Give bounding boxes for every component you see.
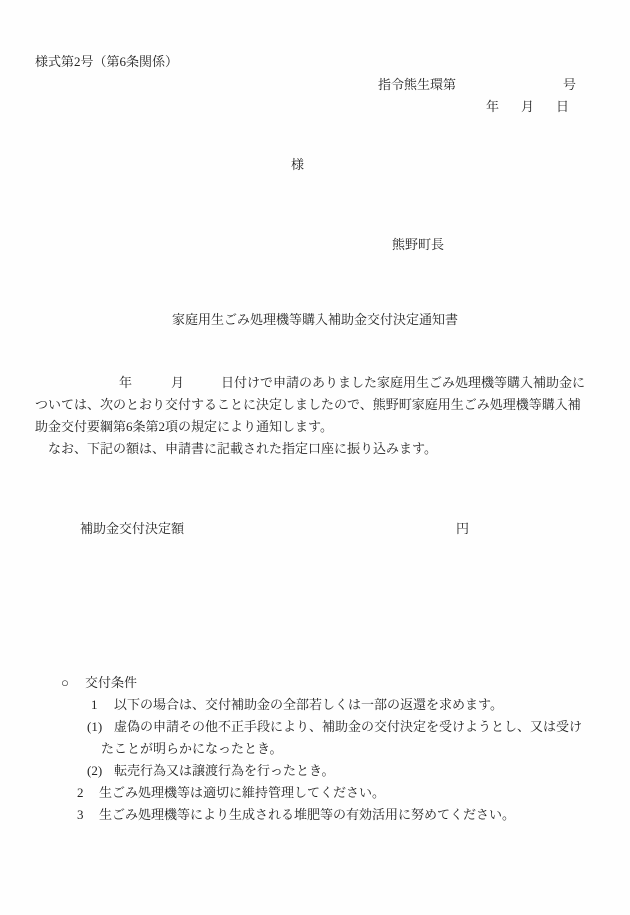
addressee-honorific: 様 — [291, 156, 304, 173]
amount-unit: 円 — [456, 520, 469, 537]
body-line1-rest: 日付けで申請のありました家庭用生ごみ処理機等購入補助金に — [221, 374, 585, 391]
header-date-day: 日 — [556, 98, 569, 115]
body-line3: 助金交付要綱第6条第2項の規定により通知します。 — [35, 418, 333, 435]
sender-title: 熊野町長 — [392, 236, 444, 253]
amount-label: 補助金交付決定額 — [80, 520, 184, 537]
document-title: 家庭用生ごみ処理機等購入補助金交付決定通知書 — [0, 311, 630, 328]
condition-item-3-number: 3 — [77, 806, 99, 823]
header-date-year: 年 — [486, 98, 499, 115]
header-date-month: 月 — [521, 98, 534, 115]
body-line4: なお、下記の額は、申請書に記載された指定口座に振り込みます。 — [35, 440, 437, 457]
document-page: 様式第2号（第6条関係） 指令熊生環第 号 年 月 日 様 熊野町長 家庭用生ご… — [0, 0, 630, 915]
form-number: 様式第2号（第6条関係） — [35, 53, 178, 70]
body-line1-month-blank: 月 — [171, 374, 184, 391]
condition-item-3-text: 生ごみ処理機等により生成される堆肥等の有効活用に努めてください。 — [99, 807, 515, 822]
directive-number-label: 指令熊生環第 — [378, 76, 456, 93]
body-line1-year-blank: 年 — [119, 374, 132, 391]
directive-number-unit: 号 — [563, 76, 576, 93]
condition-item-3: 3生ごみ処理機等により生成される堆肥等の有効活用に努めてください。 — [64, 789, 515, 840]
body-line2: ついては、次のとおり交付することに決定しましたので、熊野町家庭用生ごみ処理機等購… — [35, 396, 581, 413]
